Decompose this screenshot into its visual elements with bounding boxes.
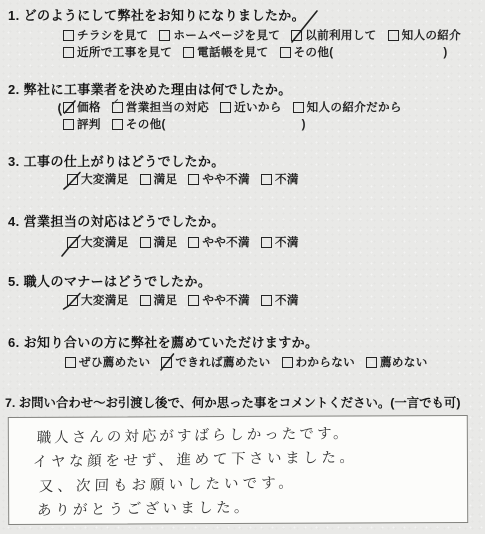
option-label: 近所で工事を見て <box>77 44 172 60</box>
checkbox-previous-use-checked[interactable] <box>291 30 302 41</box>
option-maybe-recommend[interactable]: できれば薦めたい <box>161 354 270 370</box>
checkbox-very-satisfied-checked[interactable] <box>67 174 78 185</box>
question-4-title: 4. 営業担当の対応はどうでしたか。 <box>8 211 225 230</box>
option-acquaintance-referral[interactable]: 知人の紹介 <box>388 27 461 43</box>
option-label: 薦めない <box>380 354 428 370</box>
checkbox-satisfied[interactable] <box>140 174 151 185</box>
checkbox-dissatisfied[interactable] <box>261 237 272 248</box>
option-dissatisfied[interactable]: 不満 <box>261 171 299 187</box>
checkbox-homepage[interactable] <box>159 30 170 41</box>
pen-checkmark-icon <box>68 296 78 306</box>
option-definitely-recommend[interactable]: ぜひ薦めたい <box>65 354 150 370</box>
comment-write-in-box[interactable]: 職人さんの対応がすばらしかったです。 イヤな顔をせず、進めて下さいました。 又、… <box>8 415 468 525</box>
option-label: 満足 <box>154 234 178 250</box>
option-other[interactable]: その他( ) <box>112 116 306 132</box>
option-reputation[interactable]: 評判 <box>63 116 101 132</box>
option-satisfied[interactable]: 満足 <box>140 292 178 308</box>
pen-checkmark-icon <box>64 103 74 113</box>
option-label: 近いから <box>234 99 282 115</box>
handwritten-comment-line: ありがとうございました。 <box>37 496 253 520</box>
option-somewhat-dissatisfied[interactable]: やや不満 <box>188 292 250 308</box>
option-label: その他( <box>126 116 166 132</box>
option-label: 不満 <box>275 171 299 187</box>
paren-close: ) <box>443 46 447 59</box>
option-not-sure[interactable]: わからない <box>282 354 355 370</box>
option-phone-book[interactable]: 電話帳を見て <box>183 44 268 60</box>
checkbox-somewhat-dissatisfied[interactable] <box>188 237 199 248</box>
pen-checkmark-icon <box>292 31 302 41</box>
option-label: ホームページを見て <box>173 27 280 43</box>
checkbox-satisfied[interactable] <box>140 295 151 306</box>
question-7-title: 7. お問い合わせ～お引渡し後で、何か思った事をコメントください。(一言でも可) <box>5 393 460 411</box>
checkbox-not-recommend[interactable] <box>366 357 377 368</box>
handwritten-comment-line: 又、次回もお願いしたいです。 <box>39 471 298 496</box>
checkbox-saw-nearby-work[interactable] <box>63 47 74 58</box>
checkbox-flyer[interactable] <box>63 30 74 41</box>
checkbox-somewhat-dissatisfied[interactable] <box>188 174 199 185</box>
question-5-options-row: 大変満足 満足 やや不満 不満 <box>67 292 299 308</box>
option-label: 知人の紹介だから <box>307 99 402 115</box>
option-label: 以前利用して <box>305 27 376 43</box>
checkbox-price-checked[interactable] <box>63 102 74 113</box>
checkbox-proximity[interactable] <box>220 102 231 113</box>
question-1-options-row-1: チラシを見て ホームページを見て 以前利用して 知人の紹介 <box>63 27 461 43</box>
option-flyer[interactable]: チラシを見て <box>63 27 148 43</box>
checkbox-other[interactable] <box>112 119 123 130</box>
question-1-options-row-2: 近所で工事を見て 電話帳を見て その他( ) <box>63 44 448 60</box>
option-very-satisfied[interactable]: 大変満足 <box>67 234 129 250</box>
option-very-satisfied[interactable]: 大変満足 <box>67 292 129 308</box>
checkbox-reputation[interactable] <box>63 119 74 130</box>
checkbox-dissatisfied[interactable] <box>261 174 272 185</box>
question-6-title: 6. お知り合いの方に弊社を薦めていただけますか。 <box>8 332 318 351</box>
option-label: 知人の紹介 <box>402 27 461 43</box>
option-label: 価格 <box>77 99 101 115</box>
question-6-options-row: ぜひ薦めたい できれば薦めたい わからない 薦めない <box>65 354 428 370</box>
option-label: やや不満 <box>202 234 250 250</box>
checkbox-other[interactable] <box>280 47 291 58</box>
option-label: できれば薦めたい <box>175 354 270 370</box>
option-other[interactable]: その他( ) <box>280 44 448 60</box>
question-2-options-row-1: 価格 営業担当の対応 近いから 知人の紹介だから <box>63 99 402 115</box>
checkbox-referral-reason[interactable] <box>293 102 304 113</box>
option-proximity[interactable]: 近いから <box>220 99 282 115</box>
option-label: 大変満足 <box>81 171 129 187</box>
option-label: 不満 <box>275 292 299 308</box>
option-label: 満足 <box>154 171 178 187</box>
option-label: チラシを見て <box>77 27 148 43</box>
option-label: 営業担当の対応 <box>126 99 209 115</box>
question-2-options-row-2: 評判 その他( ) <box>63 116 306 132</box>
checkbox-very-satisfied-checked[interactable] <box>67 237 78 248</box>
option-sales-rep-response[interactable]: 営業担当の対応 <box>112 99 209 115</box>
option-label: 大変満足 <box>81 234 129 250</box>
checkbox-dissatisfied[interactable] <box>261 295 272 306</box>
option-satisfied[interactable]: 満足 <box>140 234 178 250</box>
option-somewhat-dissatisfied[interactable]: やや不満 <box>188 234 250 250</box>
option-label: 評判 <box>77 116 101 132</box>
option-dissatisfied[interactable]: 不満 <box>261 292 299 308</box>
option-saw-nearby-work[interactable]: 近所で工事を見て <box>63 44 172 60</box>
checkbox-definitely-recommend[interactable] <box>65 357 76 368</box>
question-1-title: 1. どのようにして弊社をお知りになりましたか。 <box>8 5 305 24</box>
option-label: その他( <box>294 44 334 60</box>
checkbox-acquaintance-referral[interactable] <box>388 30 399 41</box>
option-label: 大変満足 <box>81 292 129 308</box>
scanned-survey-form: 1. どのようにして弊社をお知りになりましたか。 チラシを見て ホームページを見… <box>0 0 485 534</box>
option-label: やや不満 <box>202 292 250 308</box>
option-dissatisfied[interactable]: 不満 <box>261 234 299 250</box>
option-label: わからない <box>296 354 355 370</box>
option-label: やや不満 <box>202 171 250 187</box>
option-label: 満足 <box>154 292 178 308</box>
option-somewhat-dissatisfied[interactable]: やや不満 <box>188 171 250 187</box>
option-price[interactable]: 価格 <box>63 99 101 115</box>
checkbox-very-satisfied-checked[interactable] <box>67 295 78 306</box>
question-3-options-row: 大変満足 満足 やや不満 不満 <box>67 171 299 187</box>
paren-close: ) <box>302 118 306 131</box>
checkbox-phone-book[interactable] <box>183 47 194 58</box>
handwritten-comment-line: 職人さんの対応がすばらしかったです。 <box>36 422 351 448</box>
pen-checkmark-icon <box>68 175 78 185</box>
checkbox-satisfied[interactable] <box>140 237 151 248</box>
question-5-title: 5. 職人のマナーはどうでしたか。 <box>8 271 211 290</box>
checkbox-maybe-recommend-checked[interactable] <box>161 357 172 368</box>
option-previous-use[interactable]: 以前利用して <box>291 27 376 43</box>
option-label: 不満 <box>275 234 299 250</box>
checkbox-somewhat-dissatisfied[interactable] <box>188 295 199 306</box>
option-homepage[interactable]: ホームページを見て <box>159 27 280 43</box>
option-label: ぜひ薦めたい <box>79 354 150 370</box>
option-not-recommend[interactable]: 薦めない <box>366 354 428 370</box>
option-referral-reason[interactable]: 知人の紹介だから <box>293 99 402 115</box>
pen-checkmark-icon <box>68 238 78 248</box>
pen-checkmark-icon <box>162 358 172 368</box>
handwritten-comment-line: イヤな顔をせず、進めて下さいました。 <box>32 446 358 472</box>
question-3-title: 3. 工事の仕上がりはどうでしたか。 <box>8 151 225 170</box>
option-label: 電話帳を見て <box>197 44 268 60</box>
option-very-satisfied[interactable]: 大変満足 <box>67 171 129 187</box>
faint-pen-mark-icon <box>113 103 123 113</box>
checkbox-sales-rep-response[interactable] <box>112 102 123 113</box>
checkbox-not-sure[interactable] <box>282 357 293 368</box>
question-4-options-row: 大変満足 満足 やや不満 不満 <box>67 234 299 250</box>
question-2-title: 2. 弊社に工事業者を決めた理由は何でしたか。 <box>8 79 292 98</box>
option-satisfied[interactable]: 満足 <box>140 171 178 187</box>
